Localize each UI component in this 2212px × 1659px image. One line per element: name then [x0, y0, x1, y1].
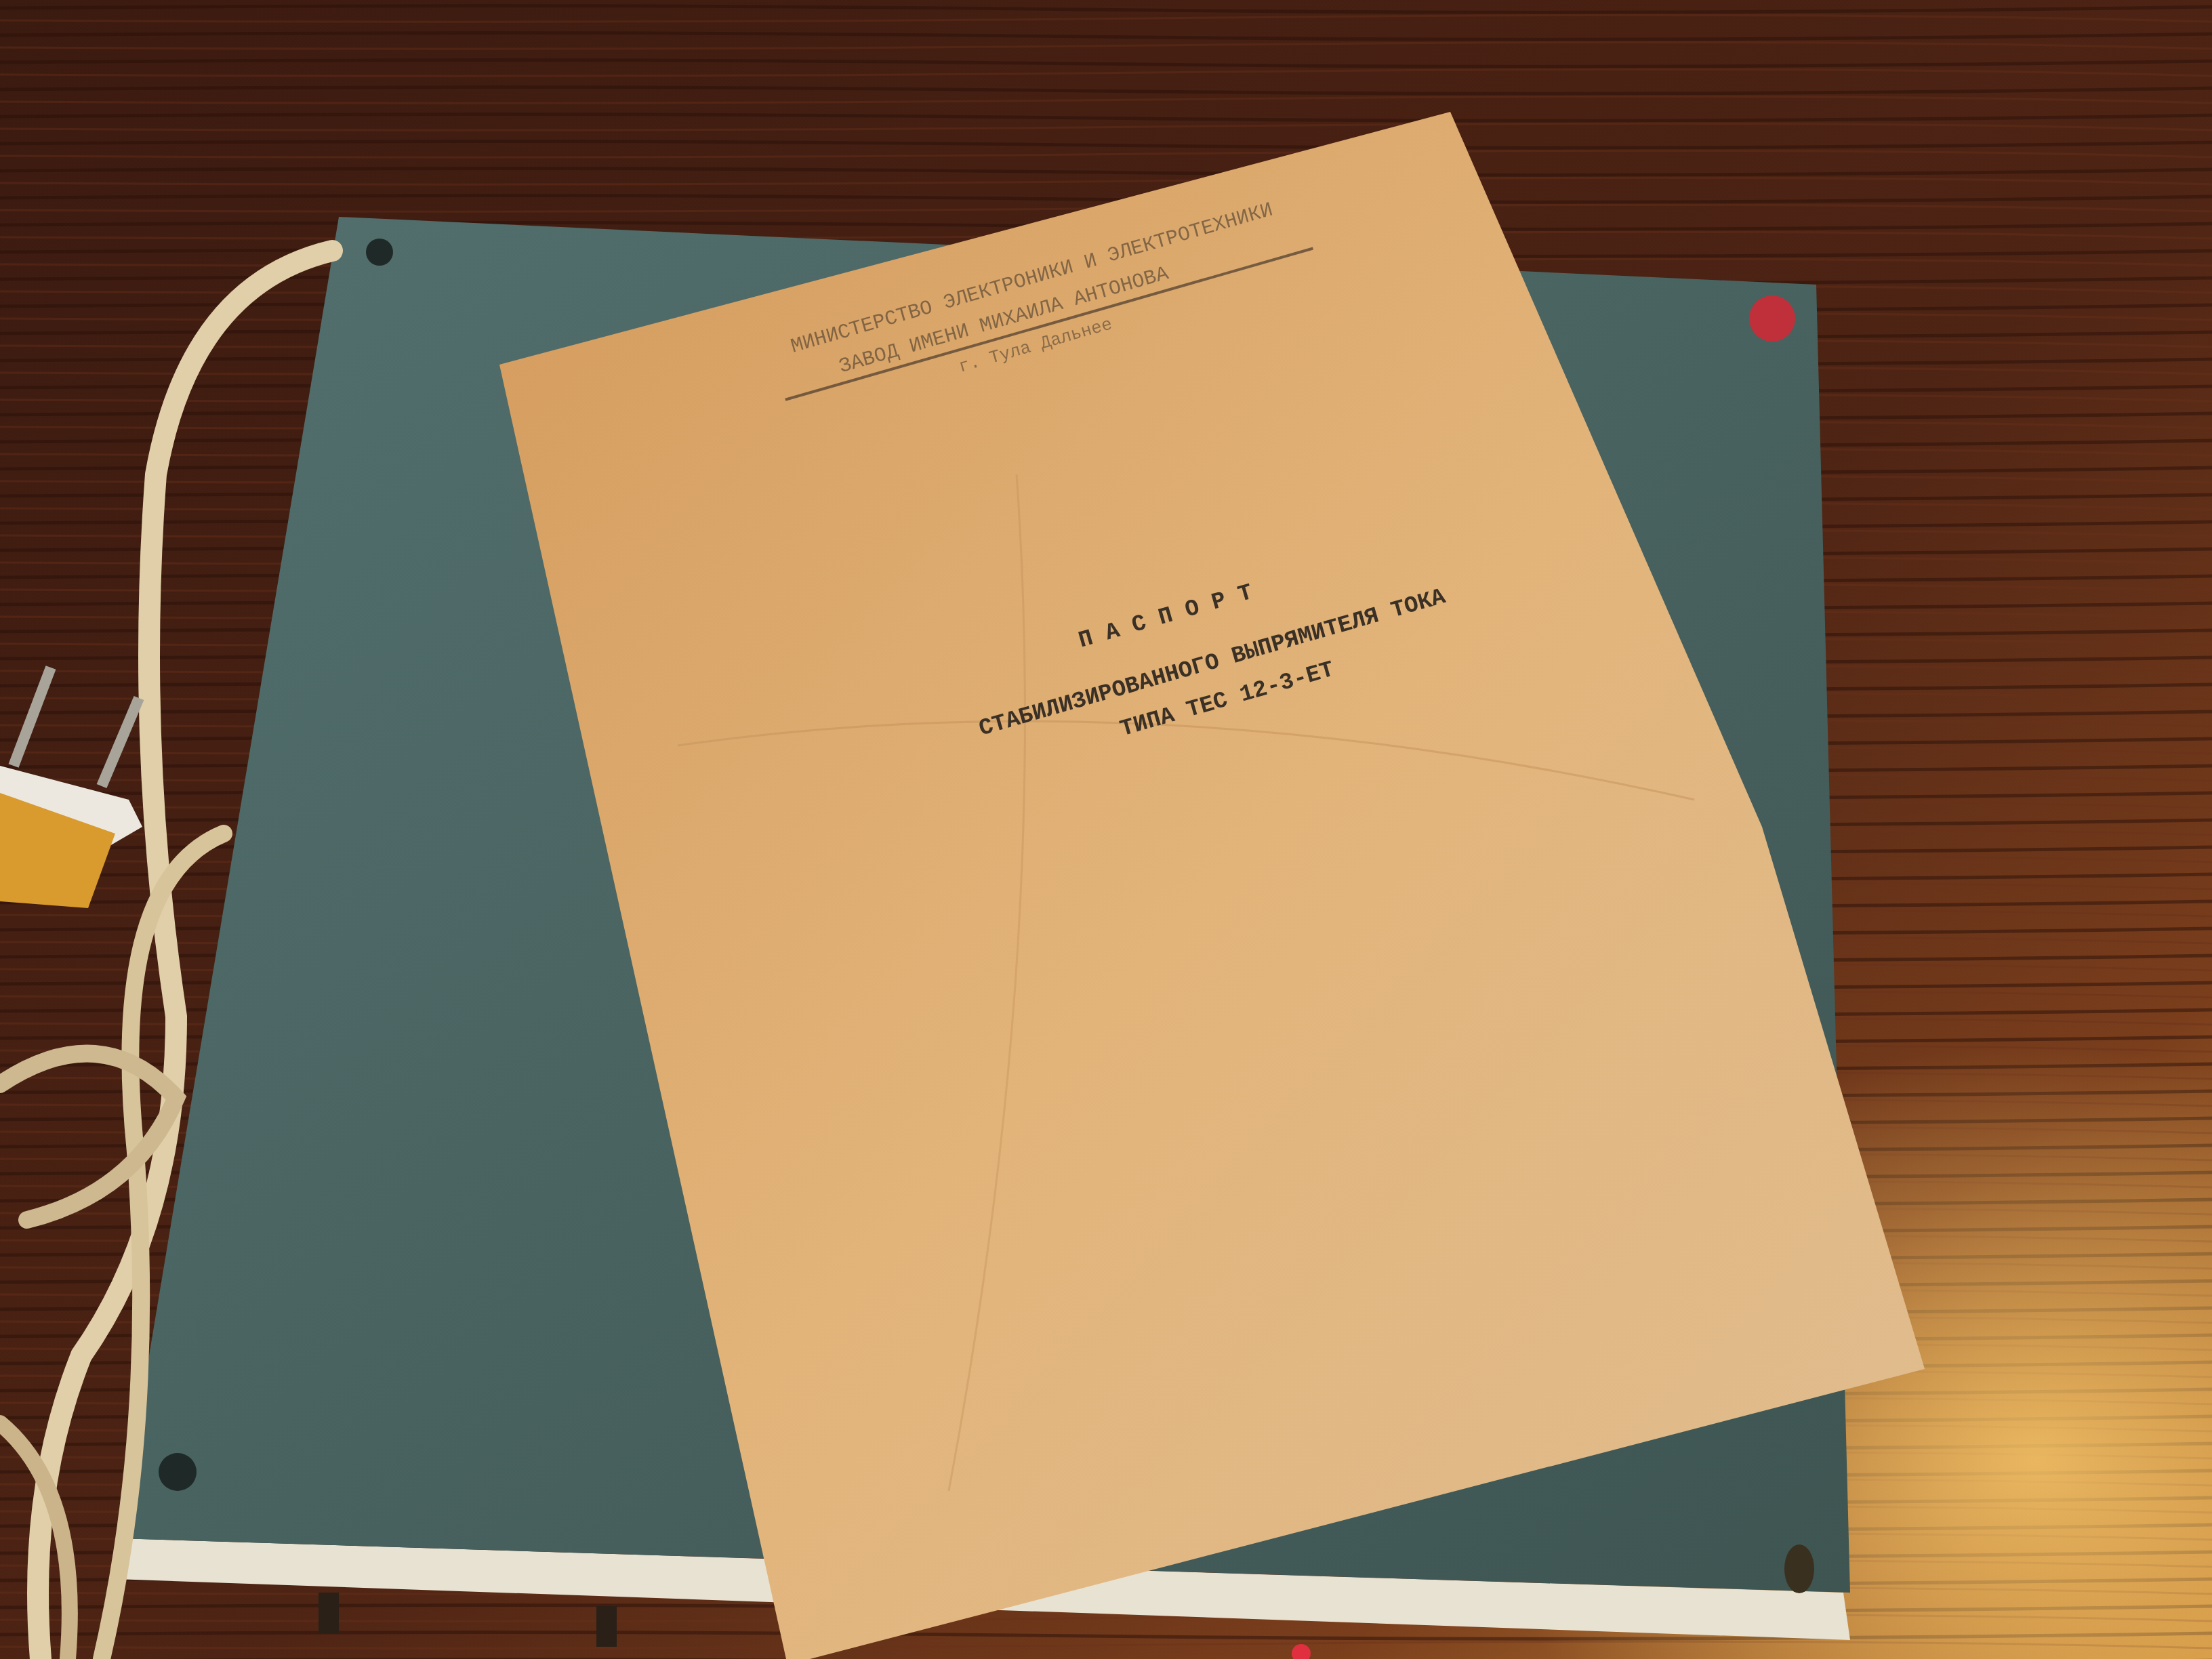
device-connector	[596, 1606, 617, 1647]
screw-icon	[159, 1453, 197, 1491]
red-seal-cap-icon	[1749, 295, 1795, 342]
screw-icon	[366, 239, 393, 266]
screw-icon	[1784, 1544, 1814, 1593]
photo-scene: МИНИСТЕРСТВО ЭЛЕКТРОНИКИ И ЭЛЕКТРОТЕХНИК…	[0, 0, 2212, 1659]
device-connector	[319, 1593, 339, 1633]
